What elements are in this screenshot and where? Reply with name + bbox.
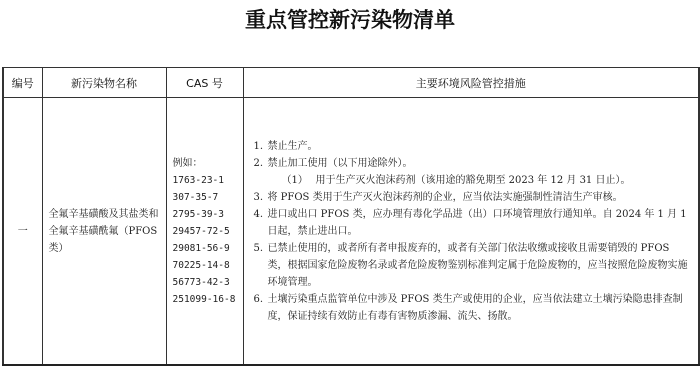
measure-item: 5. 已禁止使用的，或者所有者申报废弃的，或者有关部门依法收缴或接收且需要销毁的… bbox=[254, 240, 693, 291]
cas-number: 307-35-7 bbox=[173, 189, 243, 206]
cas-number: 56773-42-3 bbox=[173, 274, 243, 291]
measure-text: 禁止生产。 bbox=[268, 138, 693, 155]
cas-number: 1763-23-1 bbox=[173, 172, 243, 189]
cas-number: 2795-39-3 bbox=[173, 206, 243, 223]
measure-text: 将 PFOS 类用于生产灭火泡沫药剂的企业，应当依法实施强制性清洁生产审核。 bbox=[268, 189, 693, 206]
measure-text: 土壤污染重点监管单位中涉及 PFOS 类生产或使用的企业，应当依法建立土壤污染隐… bbox=[268, 291, 693, 325]
measure-text: 已禁止使用的，或者所有者申报废弃的，或者有关部门依法收缴或接收且需要销毁的 PF… bbox=[268, 240, 693, 291]
pollutant-list-table: 编号 新污染物名称 CAS 号 主要环境风险管控措施 一 全氟辛基磺酸及其盐类和… bbox=[2, 67, 700, 366]
measure-number: 4. bbox=[254, 206, 268, 240]
header-no: 编号 bbox=[3, 68, 42, 98]
measure-number: 1. bbox=[254, 138, 268, 155]
cas-number: 29081-56-9 bbox=[173, 240, 243, 257]
measure-item: 4. 进口或出口 PFOS 类，应办理有毒化学品进（出）口环境管理放行通知单。自… bbox=[254, 206, 693, 240]
measure-number: 2. bbox=[254, 155, 268, 172]
measure-item: 2. 禁止加工使用（以下用途除外）。 bbox=[254, 155, 693, 172]
header-cas: CAS 号 bbox=[166, 68, 243, 98]
cas-number: 251099-16-8 bbox=[173, 291, 243, 308]
pollutant-name: 全氟辛基磺酸及其盐类和全氟辛基磺酰氟（PFOS 类） bbox=[42, 98, 166, 366]
measure-number: 6. bbox=[254, 291, 268, 325]
measure-text: 进口或出口 PFOS 类，应办理有毒化学品进（出）口环境管理放行通知单。自 20… bbox=[268, 206, 693, 240]
header-measures: 主要环境风险管控措施 bbox=[243, 68, 699, 98]
measure-number: 3. bbox=[254, 189, 268, 206]
cas-numbers-cell: 例如： 1763-23-1 307-35-7 2795-39-3 29457-7… bbox=[166, 98, 243, 366]
cas-example-label: 例如： bbox=[173, 155, 243, 172]
table-row: 一 全氟辛基磺酸及其盐类和全氟辛基磺酰氟（PFOS 类） 例如： 1763-23… bbox=[3, 98, 699, 366]
measure-number: 5. bbox=[254, 240, 268, 291]
measure-item: 1. 禁止生产。 bbox=[254, 138, 693, 155]
header-name: 新污染物名称 bbox=[42, 68, 166, 98]
row-number: 一 bbox=[3, 98, 42, 366]
document-title: 重点管控新污染物清单 bbox=[0, 4, 700, 34]
control-measures-cell: 1. 禁止生产。 2. 禁止加工使用（以下用途除外）。 （1）用于生产灭火泡沫药… bbox=[243, 98, 699, 366]
measure-sub-item: （1）用于生产灭火泡沫药剂（该用途的豁免期至 2023 年 12 月 31 日止… bbox=[254, 172, 693, 189]
table-header-row: 编号 新污染物名称 CAS 号 主要环境风险管控措施 bbox=[3, 68, 699, 98]
measure-text: 禁止加工使用（以下用途除外）。 bbox=[268, 155, 693, 172]
measure-sub-number: （1） bbox=[282, 172, 316, 189]
measure-item: 3. 将 PFOS 类用于生产灭火泡沫药剂的企业，应当依法实施强制性清洁生产审核… bbox=[254, 189, 693, 206]
measure-item: 6. 土壤污染重点监管单位中涉及 PFOS 类生产或使用的企业，应当依法建立土壤… bbox=[254, 291, 693, 325]
measure-sub-text: 用于生产灭火泡沫药剂（该用途的豁免期至 2023 年 12 月 31 日止）。 bbox=[316, 175, 631, 186]
cas-number: 29457-72-5 bbox=[173, 223, 243, 240]
cas-number: 70225-14-8 bbox=[173, 257, 243, 274]
